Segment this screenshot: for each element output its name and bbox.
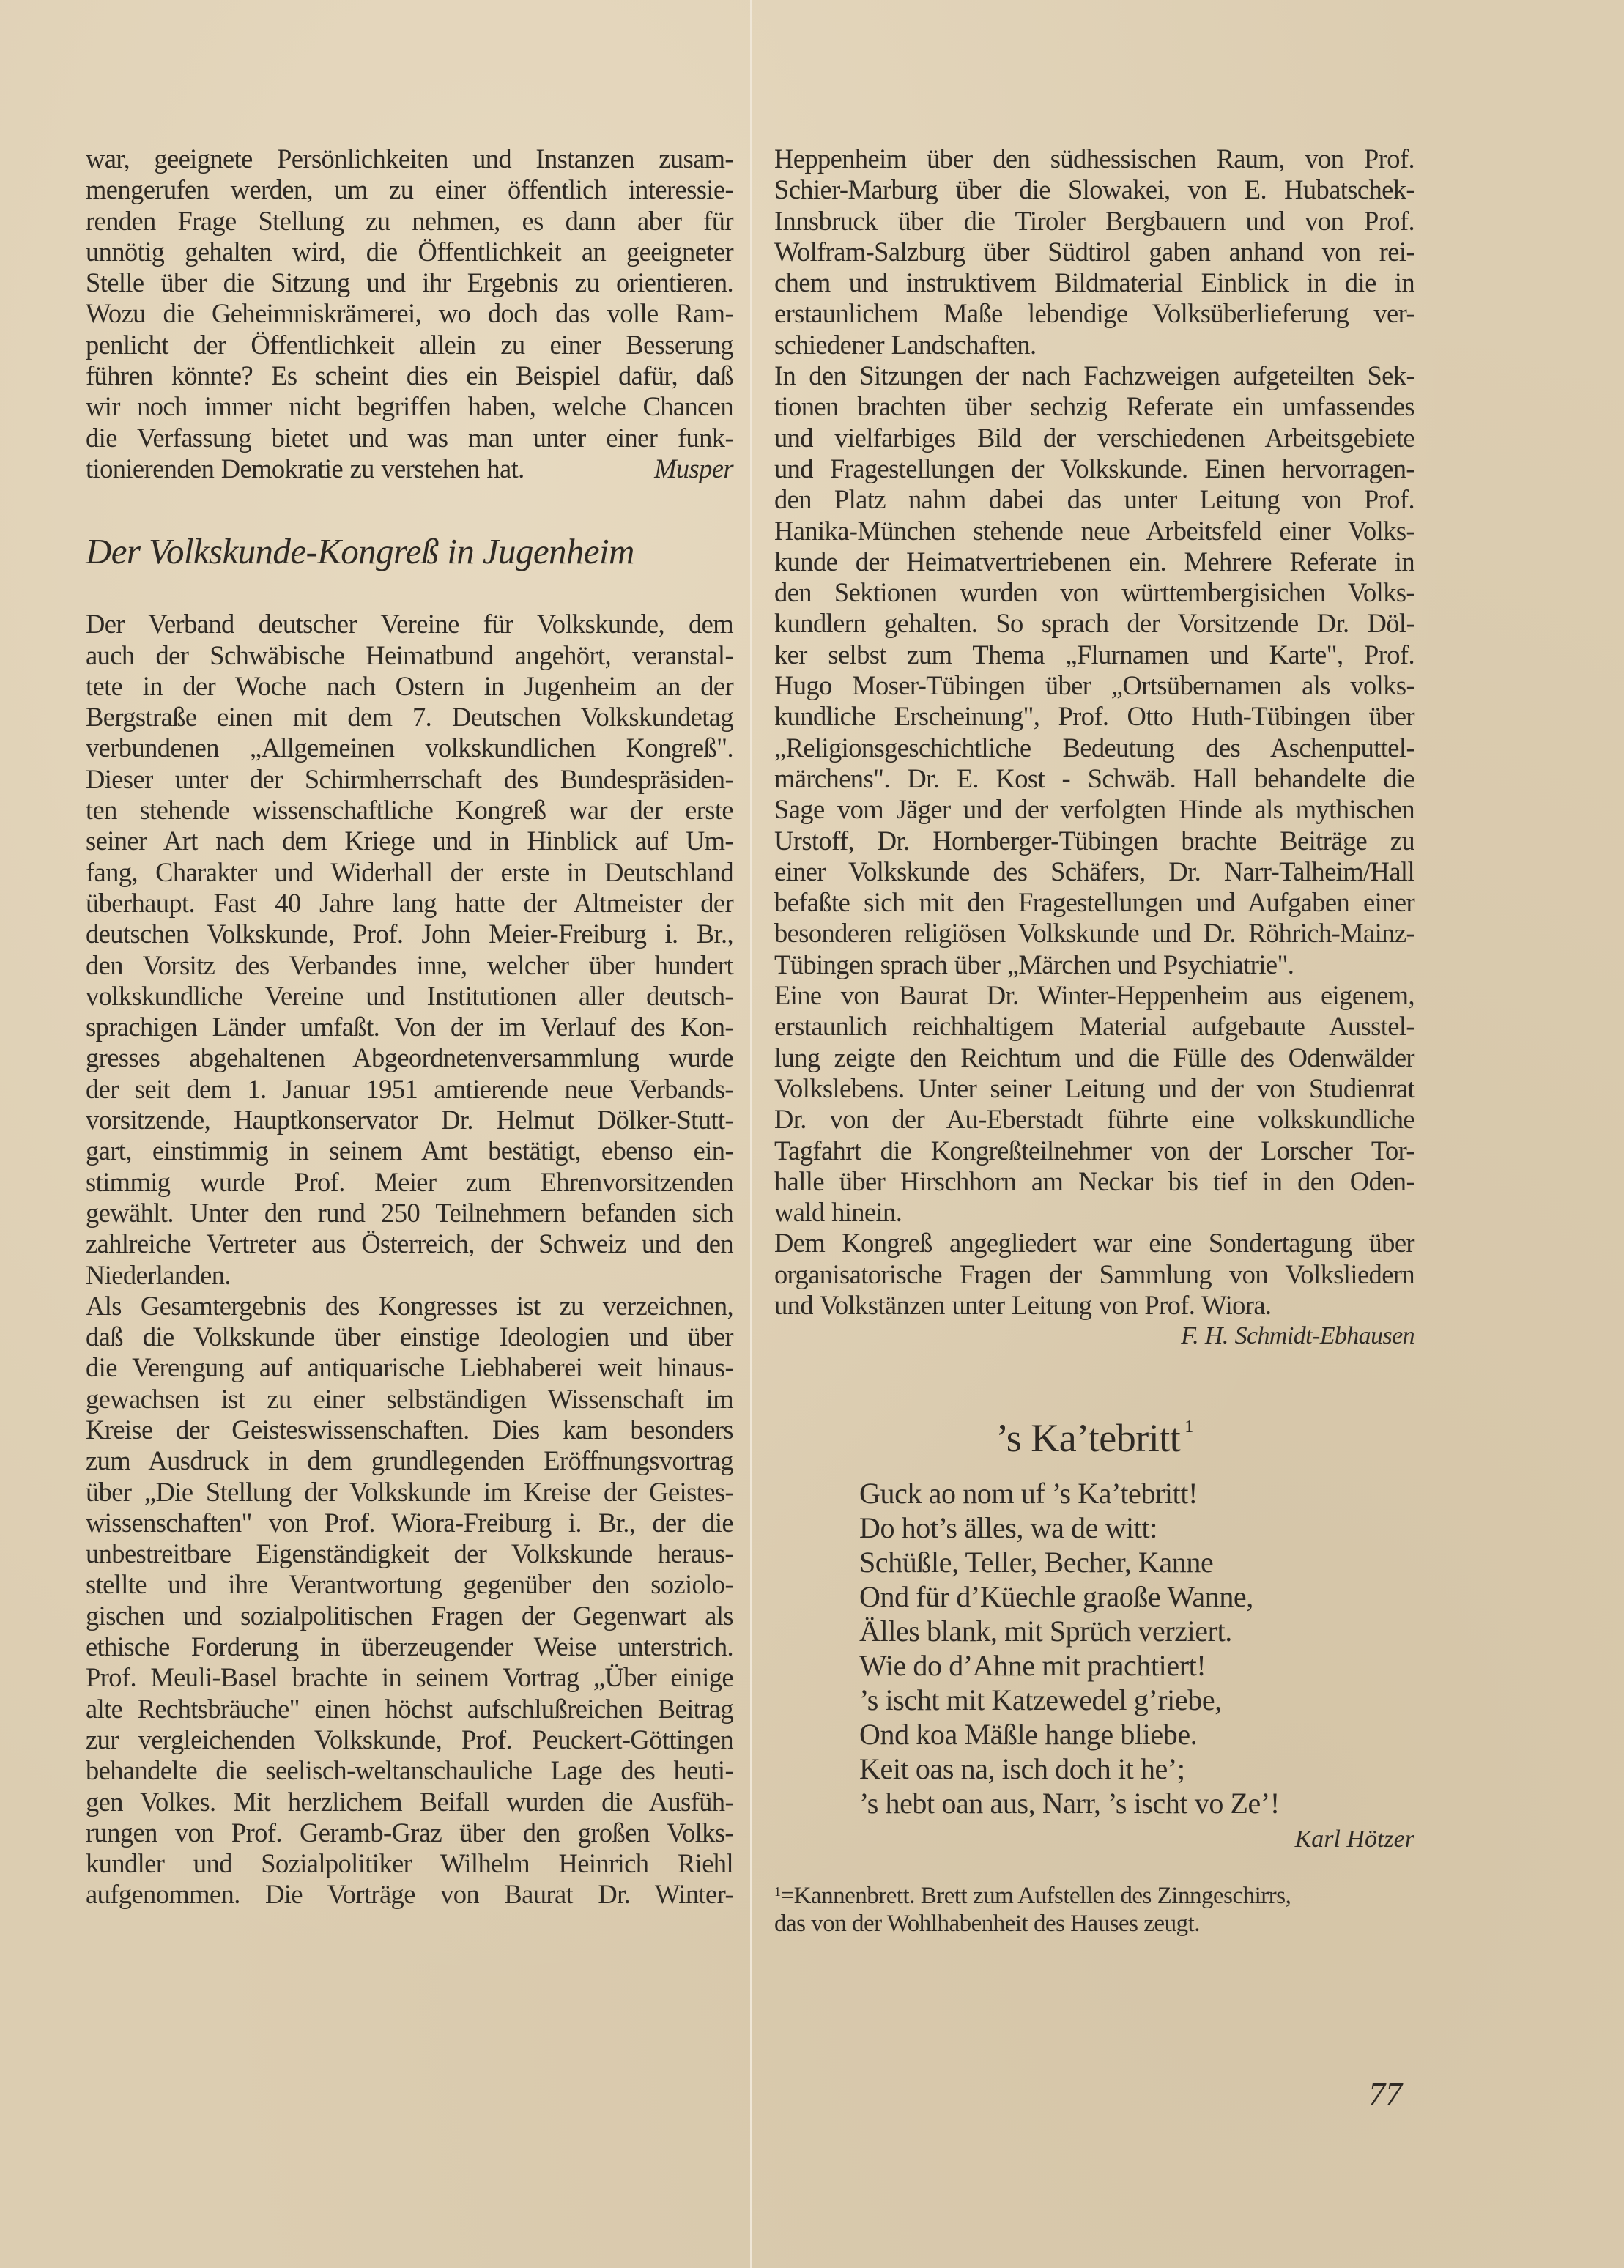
text-line: alte Rechtsbräuche" einen höchst aufschl…: [86, 1694, 733, 1724]
text-line: daß die Volkskunde über einstige Ideolog…: [86, 1322, 733, 1352]
text-line: „Religionsgeschichtliche Bedeutung des A…: [774, 733, 1414, 763]
text-line: Sage vom Jäger und der verfolgten Hinde …: [774, 794, 1414, 825]
left-column: war, geeignete Persönlichkeiten und Inst…: [86, 144, 733, 1911]
text-line: ethische Forderung in überzeugender Weis…: [86, 1631, 733, 1662]
poem-line: Schüßle, Teller, Becher, Kanne: [859, 1545, 1414, 1579]
text-line: fang, Charakter und Widerhall der erste …: [86, 857, 733, 888]
footnote-line: 1=Kannenbrett. Brett zum Aufstellen des …: [774, 1878, 1414, 1910]
text-line: gewählt. Unter den rund 250 Teilnehmern …: [86, 1198, 733, 1228]
text-line: Eine von Baurat Dr. Winter-Heppenheim au…: [774, 980, 1414, 1011]
text-line: überhaupt. Fast 40 Jahre lang hatte der …: [86, 888, 733, 919]
article-author-signature: F. H. Schmidt-Ebhausen: [774, 1321, 1414, 1352]
poem-line: Guck ao nom uf ’s Ka’tebritt!: [859, 1476, 1414, 1511]
right-column: Heppenheim über den südhessischen Raum, …: [774, 144, 1414, 1938]
poem-line: ’s hebt oan aus, Narr, ’s ischt vo Ze’!: [859, 1786, 1414, 1820]
text-line: tionierenden Demokratie zu verstehen hat…: [86, 453, 524, 484]
text-line: Innsbruck über die Tiroler Bergbauern un…: [774, 206, 1414, 237]
text-line: wir noch immer nicht begriffen haben, we…: [86, 391, 733, 422]
footnote-text: =Kannenbrett. Brett zum Aufstellen des Z…: [781, 1883, 1291, 1909]
text-line: den Vorsitz des Verbandes inne, welcher …: [86, 950, 733, 981]
text-line: vorsitzende, Hauptkonservator Dr. Helmut…: [86, 1105, 733, 1135]
text-line: den Platz nahm dabei das unter Leitung v…: [774, 484, 1414, 515]
poem-line: ’s ischt mit Katzewedel g’riebe,: [859, 1683, 1414, 1717]
footnote-line: das von der Wohlhabenheit des Hauses zeu…: [774, 1910, 1414, 1938]
text-line: Kreise der Geisteswissenschaften. Dies k…: [86, 1415, 733, 1445]
article-paragraph: Der Verband deutscher Vereine für Volksk…: [86, 609, 733, 1291]
page-number: 77: [1368, 2076, 1402, 2113]
text-line: Als Gesamtergebnis des Kongresses ist zu…: [86, 1291, 733, 1322]
text-line: zum Ausdruck in dem grundlegenden Eröffn…: [86, 1445, 733, 1476]
text-line: tionen brachten über sechzig Referate ei…: [774, 391, 1414, 422]
text-line: der seit dem 1. Januar 1951 amtierende n…: [86, 1074, 733, 1105]
text-line: auch der Schwäbische Heimatbund angehört…: [86, 640, 733, 671]
text-line: Volkslebens. Unter seiner Leitung und de…: [774, 1073, 1414, 1104]
text-line: aufgenommen. Die Vorträge von Baurat Dr.…: [86, 1879, 733, 1910]
text-line: die Verfassung bietet und was man unter …: [86, 423, 733, 453]
text-line: Hanika-München stehende neue Arbeitsfeld…: [774, 516, 1414, 546]
text-line: gresses abgehaltenen Abgeordnetenversamm…: [86, 1042, 733, 1073]
poem-line: Ond für d’Küechle graoße Wanne,: [859, 1579, 1414, 1614]
article-paragraph: In den Sitzungen der nach Fachzweigen au…: [774, 360, 1414, 980]
text-line: ker selbst zum Thema „Flurnamen und Kart…: [774, 640, 1414, 670]
text-line: kundliche Erscheinung", Prof. Otto Huth-…: [774, 701, 1414, 732]
text-line: einer Volkskunde des Schäfers, Dr. Narr-…: [774, 856, 1414, 887]
poem-line: Älles blank, mit Sprüch verziert.: [859, 1614, 1414, 1648]
text-line: wald hinein.: [774, 1197, 1414, 1228]
text-line: wissenschaften" von Prof. Wiora-Freiburg…: [86, 1508, 733, 1538]
text-line: renden Frage Stellung zu nehmen, es dann…: [86, 206, 733, 237]
text-line: penlicht der Öffentlichkeit allein zu ei…: [86, 330, 733, 360]
text-line: seiner Art nach dem Kriege und in Hinbli…: [86, 826, 733, 856]
text-line: Dr. von der Au-Eberstadt führte eine vol…: [774, 1104, 1414, 1135]
text-line: gart, einstimmig in seinem Amt bestätigt…: [86, 1135, 733, 1166]
poem-line: Ond koa Mäßle hange bliebe.: [859, 1717, 1414, 1752]
text-line: halle über Hirschhorn am Neckar bis tief…: [774, 1166, 1414, 1197]
poem-line: Wie do d’Ahne mit prachtiert!: [859, 1648, 1414, 1683]
text-line: über „Die Stellung der Volkskunde im Kre…: [86, 1477, 733, 1508]
text-line: stellte und ihre Verantwortung gegenüber…: [86, 1569, 733, 1600]
text-line: zur vergleichenden Volkskunde, Prof. Peu…: [86, 1724, 733, 1755]
article-paragraph: Heppenheim über den südhessischen Raum, …: [774, 144, 1414, 360]
article-heading: Der Volkskunde-Kongreß in Jugenheim: [86, 530, 733, 574]
text-line: erstaunlich reichhaltigem Material aufge…: [774, 1011, 1414, 1042]
magazine-page: war, geeignete Persönlichkeiten und Inst…: [0, 0, 1624, 2268]
text-line: behandelte die seelisch-weltanschauliche…: [86, 1755, 733, 1786]
text-line: Wolfram-Salzburg über Südtirol gaben anh…: [774, 237, 1414, 267]
text-line: Tagfahrt die Kongreßteilnehmer von der L…: [774, 1135, 1414, 1166]
text-line: ten stehende wissenschaftliche Kongreß w…: [86, 795, 733, 826]
text-line: Dem Kongreß angegliedert war eine Sonder…: [774, 1228, 1414, 1259]
text-line: Hugo Moser-Tübingen über „Ortsübernamen …: [774, 670, 1414, 701]
text-line: gewachsen ist zu einer selbständigen Wis…: [86, 1384, 733, 1415]
text-line-with-signature: tionierenden Demokratie zu verstehen hat…: [86, 453, 733, 484]
text-line: Urstoff, Dr. Hornberger-Tübingen brachte…: [774, 826, 1414, 856]
text-line: mengerufen werden, um zu einer öffentlic…: [86, 174, 733, 205]
poem-title: ’s Ka’tebritt1: [774, 1404, 1414, 1461]
text-line: rungen von Prof. Geramb-Graz über den gr…: [86, 1817, 733, 1848]
text-line: war, geeignete Persönlichkeiten und Inst…: [86, 144, 733, 174]
text-line: volkskundliche Vereine und Institutionen…: [86, 981, 733, 1012]
poem-line: Do hot’s älles, wa de witt:: [859, 1511, 1414, 1545]
text-line: und Fragestellungen der Volkskunde. Eine…: [774, 453, 1414, 484]
text-line: deutschen Volkskunde, Prof. John Meier-F…: [86, 919, 733, 949]
text-line: führen könnte? Es scheint dies ein Beisp…: [86, 360, 733, 391]
text-line: sprachigen Länder umfaßt. Von der im Ver…: [86, 1012, 733, 1042]
poem-title-text: ’s Ka’tebritt: [995, 1416, 1180, 1460]
text-line: chem und instruktivem Bildmaterial Einbl…: [774, 267, 1414, 298]
author-signature: Musper: [654, 453, 733, 484]
text-line: Der Verband deutscher Vereine für Volksk…: [86, 609, 733, 640]
article-paragraph: Eine von Baurat Dr. Winter-Heppenheim au…: [774, 980, 1414, 1228]
text-line: den Sektionen wurden von württembergisic…: [774, 577, 1414, 608]
text-line: Schier-Marburg über die Slowakei, von E.…: [774, 174, 1414, 205]
article-paragraph: Dem Kongreß angegliedert war eine Sonder…: [774, 1228, 1414, 1321]
text-line: kunde der Heimatvertriebenen ein. Mehrer…: [774, 546, 1414, 577]
text-line: stimmig wurde Prof. Meier zum Ehrenvorsi…: [86, 1167, 733, 1198]
text-line: die Verengung auf antiquarische Liebhabe…: [86, 1352, 733, 1383]
text-line: gen Volkes. Mit herzlichem Beifall wurde…: [86, 1787, 733, 1817]
text-line: märchens". Dr. E. Kost - Schwäb. Hall be…: [774, 763, 1414, 794]
text-line: tete in der Woche nach Ostern in Jugenhe…: [86, 671, 733, 702]
text-line: Bergstraße einen mit dem 7. Deutschen Vo…: [86, 702, 733, 733]
text-line: unbestreitbare Eigenständigkeit der Volk…: [86, 1538, 733, 1569]
text-line: kundlern gehalten. So sprach der Vorsitz…: [774, 608, 1414, 639]
text-line: und vielfarbiges Bild der verschiedenen …: [774, 423, 1414, 453]
poem-line: Keit oas na, isch doch it he’;: [859, 1752, 1414, 1786]
text-line: Wozu die Geheimniskrämerei, wo doch das …: [86, 298, 733, 329]
text-line: gischen und sozialpolitischen Fragen der…: [86, 1601, 733, 1631]
text-line: Prof. Meuli-Basel brachte in seinem Vort…: [86, 1662, 733, 1693]
text-line: und Volkstänzen unter Leitung von Prof. …: [774, 1290, 1414, 1321]
text-line: unnötig gehalten wird, die Öffentlichkei…: [86, 237, 733, 267]
column-divider: [750, 0, 752, 2268]
text-line: Heppenheim über den südhessischen Raum, …: [774, 144, 1414, 174]
text-line: befaßte sich mit den Fragestellungen und…: [774, 887, 1414, 918]
text-line: verbundenen „Allgemeinen volkskundlichen…: [86, 733, 733, 763]
text-line: lung zeigte den Reichtum und die Fülle d…: [774, 1042, 1414, 1073]
text-line: kundler und Sozialpolitiker Wilhelm Hein…: [86, 1848, 733, 1879]
text-line: Dieser unter der Schirmherrschaft des Bu…: [86, 764, 733, 795]
poem-body: Guck ao nom uf ’s Ka’tebritt! Do hot’s ä…: [774, 1476, 1414, 1820]
text-line: organisatorische Fragen der Sammlung von…: [774, 1259, 1414, 1290]
text-line: Tübingen sprach über „Märchen und Psychi…: [774, 949, 1414, 980]
text-line: zahlreiche Vertreter aus Österreich, der…: [86, 1228, 733, 1259]
poem-author-signature: Karl Hötzer: [774, 1823, 1414, 1856]
article-paragraph: Als Gesamtergebnis des Kongresses ist zu…: [86, 1291, 733, 1911]
footnote-marker: 1: [774, 1884, 781, 1899]
text-line: erstaunlichem Maße lebendige Volksüberli…: [774, 298, 1414, 329]
text-line: schiedener Landschaften.: [774, 330, 1414, 360]
text-line: Niederlanden.: [86, 1260, 733, 1291]
text-line: besonderen religiösen Volkskunde und Dr.…: [774, 918, 1414, 949]
text-line: In den Sitzungen der nach Fachzweigen au…: [774, 360, 1414, 391]
footnote-marker: 1: [1184, 1417, 1193, 1437]
text-line: Stelle über die Sitzung und ihr Ergebnis…: [86, 267, 733, 298]
footnote: 1=Kannenbrett. Brett zum Aufstellen des …: [774, 1878, 1414, 1938]
previous-article-continuation: war, geeignete Persönlichkeiten und Inst…: [86, 144, 733, 484]
